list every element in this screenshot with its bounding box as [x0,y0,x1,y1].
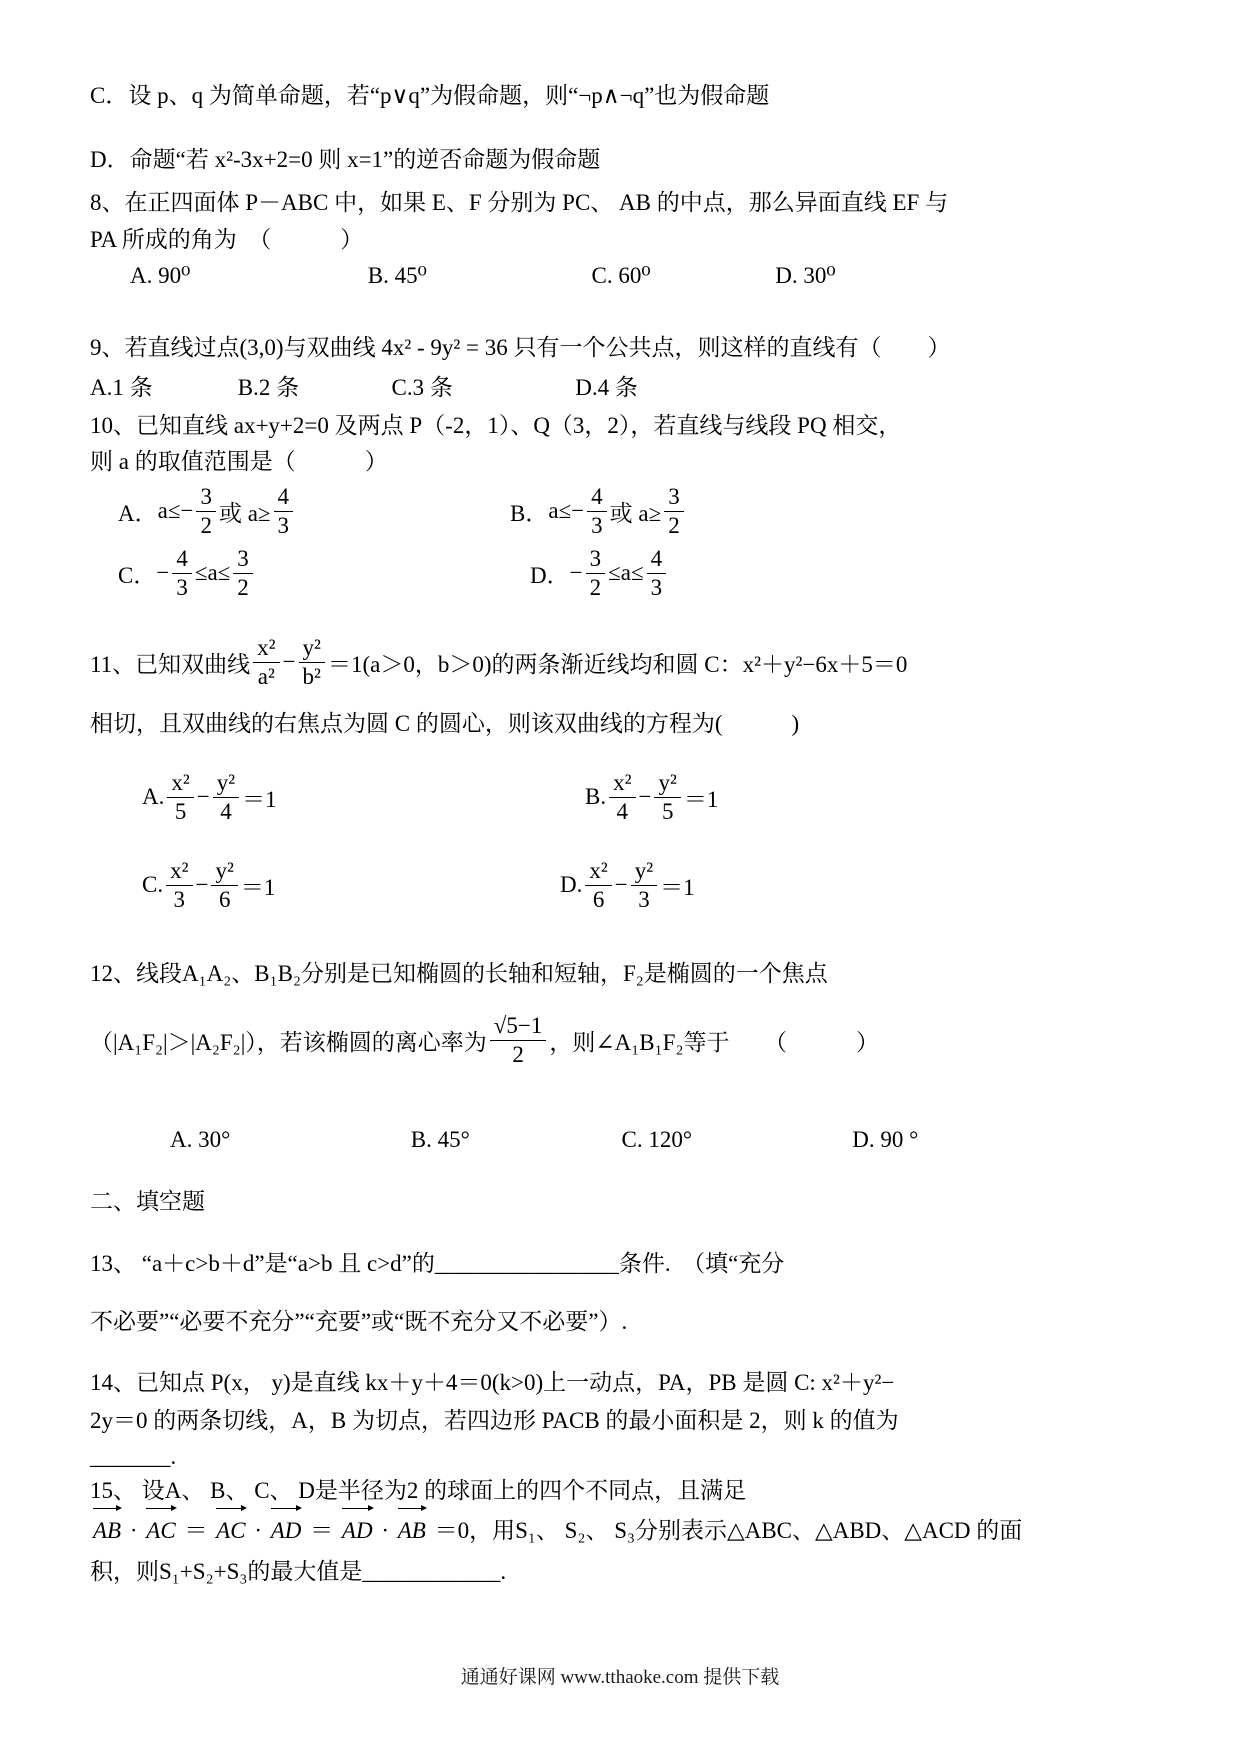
q10-option-c-mid: ≤a≤ [195,560,230,586]
q10-option-d-pre: − [570,560,583,586]
q12-line2: （|A₁F₂|＞|A₂F₂|），若该椭圆的离心率为 √5−12 ，则∠A₁B₁F… [90,998,1154,1082]
q10-line2: 则 a 的取值范围是（ ） [90,444,1154,480]
vector-ab: AB [93,1508,121,1551]
fraction: √5−12 [490,1013,547,1068]
numerator: y² [299,635,325,663]
q9-line1-text: 9、若直线过点(3,0)与双曲线 4x² - 9y² = 36 只有一个公共点，… [90,335,951,360]
q10-option-c-pre: − [156,560,169,586]
exam-content: C．设 p、q 为简单命题，若“p∨q”为假命题，则“¬p∧¬q”也为假命题 D… [0,0,1240,1593]
q10-line2-text: 则 a 的取值范围是（ ） [90,449,388,474]
numerator: 3 [233,546,253,574]
q11-option-b: B. x²4 − y²5 ＝1 [585,770,718,825]
q15-eq1: ＝ [184,1518,207,1543]
q10-option-b-mid: 或 a≥ [610,495,662,528]
q15-line3: 积，则S₁+S₂+S₃的最大值是____________. [90,1551,1154,1593]
fraction: y²6 [211,858,237,913]
q10-line1: 10、已知直线 ax+y+2=0 及两点 P（-2，1）、Q（3，2），若直线与… [90,408,1154,444]
q13-line1: 13、 “a＋c>b＋d”是“a>b 且 c>d”的______________… [90,1246,1154,1282]
fraction: y²4 [213,770,239,825]
denominator: 2 [233,574,253,601]
page-footer-text: 通通好课网 www.tthaoke.com 提供下载 [461,1667,780,1688]
q8-line2-text: PA 所成的角为 （ ） [90,227,363,252]
denominator: 3 [587,512,607,539]
q11-option-c-minus: − [196,872,209,898]
fraction: y²3 [631,858,657,913]
q8-line2: PA 所成的角为 （ ） [90,221,1154,258]
q13-line1-text: 13、 “a＋c>b＋d”是“a>b 且 c>d”的______________… [90,1251,784,1276]
q11-options-row1: A. x²5 − y²4 ＝1 B. x²4 − y²5 ＝1 [90,760,1154,834]
vector-ab: AB [398,1508,426,1551]
denominator: 2 [664,512,684,539]
numerator: 4 [647,546,667,574]
q8-option-b: B. 45⁰ [368,258,586,294]
q9-option-a: A.1 条 [90,368,232,408]
q8-line1: 8、在正四面体 P－ABC 中，如果 E、F 分别为 PC、 AB 的中点，那么… [90,184,1154,221]
vector-ac: AC [216,1508,245,1551]
numerator: y² [213,770,239,798]
q11-options-row2: C. x²3 − y²6 ＝1 D. x²6 − y²3 ＝1 [90,848,1154,922]
q11-line1: 11、已知双曲线 x²a² − y²b² ＝1(a＞0，b＞0)的两条渐近线均和… [90,620,1154,704]
q11-option-a-minus: − [197,784,210,810]
q11-option-c-label: C. [142,872,163,898]
q11-line2-text: 相切，且双曲线的右焦点为圆 C 的圆心，则该双曲线的方程为( ) [90,711,799,736]
q15-line2: AB · AC ＝ AC · AD ＝ AD · AB ＝0，用S₁、 S₂、 … [90,1508,1154,1551]
q10-options-row1: A． a≤− 32 或 a≥ 43 B． a≤− 43 或 a≥ 32 [90,480,1154,542]
numerator: 4 [274,484,294,512]
q14-line2: 2y＝0 的两条切线，A，B 为切点，若四边形 PACB 的最小面积是 2，则 … [90,1402,1154,1440]
denominator: 3 [274,512,294,539]
denominator: 2 [490,1041,547,1068]
fraction: 32 [586,546,606,601]
q11-after: ＝1(a＞0，b＞0)的两条渐近线均和圆 C：x²＋y²−6x＋5＝0 [328,646,907,679]
q15-dot1: · [130,1518,138,1543]
q14-answer-blank: _______. [90,1440,1154,1474]
numerator: x² [609,770,635,798]
q10-option-b-label: B． [510,495,548,528]
numerator: x² [253,635,279,663]
q8-option-a: A. 90⁰ [130,258,362,294]
denominator: 5 [654,798,680,825]
q9-line1: 9、若直线过点(3,0)与双曲线 4x² - 9y² = 36 只有一个公共点，… [90,328,1154,368]
q14-line1: 14、已知点 P(x， y)是直线 kx＋y＋4＝0(k>0)上一动点，PA，P… [90,1364,1154,1402]
q11-option-d-eq: ＝1 [660,869,695,902]
q10-option-a-pre: a≤− [158,498,194,524]
numerator: y² [211,858,237,886]
q15-eq2: ＝ [310,1518,333,1543]
q13-line2: 不必要”“必要不充分”“充要”或“既不充分又不必要”）. [90,1304,1154,1340]
q11-option-d-minus: − [615,872,628,898]
section2-title: 二、填空题 [90,1184,1154,1220]
denominator: 6 [585,886,611,913]
q10-options-row2: C． − 43 ≤a≤ 32 D． − 32 ≤a≤ 43 [90,542,1154,604]
numerator: 3 [196,484,216,512]
q12-option-a: A. 30° [170,1122,405,1158]
numerator: √5−1 [490,1013,547,1041]
numerator: 3 [586,546,606,574]
q11-option-d: D. x²6 − y²3 ＝1 [560,858,695,913]
fraction: y²5 [654,770,680,825]
q11-option-c-eq: ＝1 [241,869,276,902]
q10-line1-text: 10、已知直线 ax+y+2=0 及两点 P（-2，1）、Q（3，2），若直线与… [90,413,901,438]
fraction: x²5 [167,770,193,825]
q10-option-a-label: A． [118,495,158,528]
q14-blank-text: _______. [90,1444,176,1469]
numerator: x² [585,858,611,886]
q15-dot3: · [381,1518,389,1543]
fraction: 32 [233,546,253,601]
q14-line1-text: 14、已知点 P(x， y)是直线 kx＋y＋4＝0(k>0)上一动点，PA，P… [90,1370,894,1395]
denominator: 4 [609,798,635,825]
q10-option-b-pre: a≤− [548,498,584,524]
q10-option-d: D． − 32 ≤a≤ 43 [530,546,669,601]
numerator: y² [654,770,680,798]
q7-option-d-text: D．命题“若 x²-3x+2=0 则 x=1”的逆否命题为假命题 [90,147,600,172]
q13-line2-text: 不必要”“必要不充分”“充要”或“既不充分又不必要”）. [90,1309,627,1334]
q12-option-b: B. 45° [411,1122,616,1158]
denominator: 4 [213,798,239,825]
numerator: x² [166,858,192,886]
q11-minus: − [283,649,296,675]
q11-option-a: A. x²5 − y²4 ＝1 [142,770,585,825]
q10-option-c: C． − 43 ≤a≤ 32 [118,546,530,601]
q11-option-b-eq: ＝1 [684,781,719,814]
q11-option-a-label: A. [142,784,164,810]
q11-option-a-eq: ＝1 [242,781,277,814]
q15-dot2: · [254,1518,262,1543]
q9-options: A.1 条 B.2 条 C.3 条 D.4 条 [90,368,1154,408]
vector-ad: AD [342,1508,373,1551]
denominator: 2 [196,512,216,539]
q11-line2: 相切，且双曲线的右焦点为圆 C 的圆心，则该双曲线的方程为( ) [90,704,1154,744]
fraction: x²4 [609,770,635,825]
denominator: 2 [586,574,606,601]
q11-option-b-minus: − [639,784,652,810]
fraction: x²6 [585,858,611,913]
q8-line1-text: 8、在正四面体 P－ABC 中，如果 E、F 分别为 PC、 AB 的中点，那么… [90,190,948,215]
q9-option-b: B.2 条 [238,368,386,408]
exam-page: C．设 p、q 为简单命题，若“p∨q”为假命题，则“¬p∧¬q”也为假命题 D… [0,0,1240,1754]
q9-option-d: D.4 条 [575,368,638,408]
fraction: y²b² [299,635,325,690]
numerator: 3 [664,484,684,512]
q7-option-c-text: C．设 p、q 为简单命题，若“p∨q”为假命题，则“¬p∧¬q”也为假命题 [90,83,769,108]
q10-option-d-mid: ≤a≤ [608,560,643,586]
q10-option-d-label: D． [530,557,570,590]
fraction: x²3 [166,858,192,913]
q10-option-a: A． a≤− 32 或 a≥ 43 [118,484,510,539]
q15-line3-text: 积，则S₁+S₂+S₃的最大值是____________. [90,1559,506,1584]
numerator: 4 [587,484,607,512]
q12-line1-text: 12、线段A₁A₂、B₁B₂分别是已知椭圆的长轴和短轴，F₂是椭圆的一个焦点 [90,961,828,986]
section2-title-text: 二、填空题 [90,1189,205,1214]
fraction: 43 [647,546,667,601]
q15-tail: ＝0，用S₁、 S₂、 S₃分别表示△ABC、△ABD、△ACD 的面 [435,1518,1023,1543]
denominator: 3 [172,574,192,601]
numerator: 4 [172,546,192,574]
q14-line2-text: 2y＝0 的两条切线，A，B 为切点，若四边形 PACB 的最小面积是 2，则 … [90,1408,899,1433]
q8-option-d: D. 30⁰ [775,258,835,294]
q12-option-d: D. 90 ° [852,1122,918,1158]
fraction: x²a² [253,635,279,690]
q8-options: A. 90⁰ B. 45⁰ C. 60⁰ D. 30⁰ [90,258,1154,294]
q10-option-a-mid: 或 a≥ [219,495,271,528]
q12-line2-post: ，则∠A₁B₁F₂等于 （ ） [549,1024,879,1057]
denominator: 3 [166,886,192,913]
q11-option-d-label: D. [560,872,582,898]
denominator: 3 [647,574,667,601]
numerator: y² [631,858,657,886]
q15-line1: 15、 设A、 B、 C、 D是半径为2 的球面上的四个不同点，且满足 [90,1474,1154,1508]
fraction: 32 [196,484,216,539]
fraction: 43 [587,484,607,539]
q12-option-c: C. 120° [622,1122,847,1158]
q15-line1-text: 15、 设A、 B、 C、 D是半径为2 的球面上的四个不同点，且满足 [90,1478,746,1503]
fraction: 32 [664,484,684,539]
vector-ad: AD [271,1508,302,1551]
page-footer: 通通好课网 www.tthaoke.com 提供下载 [0,1662,1240,1689]
numerator: x² [167,770,193,798]
q7-option-d: D．命题“若 x²-3x+2=0 则 x=1”的逆否命题为假命题 [90,142,1154,178]
fraction: 43 [172,546,192,601]
denominator: 6 [211,886,237,913]
denominator: b² [299,663,325,690]
q11-lead: 11、已知双曲线 [90,646,250,679]
q11-option-c: C. x²3 − y²6 ＝1 [142,858,560,913]
q9-option-c: C.3 条 [392,368,570,408]
q12-line1: 12、线段A₁A₂、B₁B₂分别是已知椭圆的长轴和短轴，F₂是椭圆的一个焦点 [90,956,1154,992]
q11-option-b-label: B. [585,784,606,810]
q10-option-c-label: C． [118,557,156,590]
denominator: 3 [631,886,657,913]
q12-line2-pre: （|A₁F₂|＞|A₂F₂|），若该椭圆的离心率为 [90,1024,487,1057]
denominator: 5 [167,798,193,825]
denominator: a² [253,663,279,690]
q10-option-b: B． a≤− 43 或 a≥ 32 [510,484,687,539]
q7-option-c: C．设 p、q 为简单命题，若“p∨q”为假命题，则“¬p∧¬q”也为假命题 [90,78,1154,114]
vector-ac: AC [146,1508,175,1551]
q12-options: A. 30° B. 45° C. 120° D. 90 ° [90,1122,1154,1158]
fraction: 43 [274,484,294,539]
q8-option-c: C. 60⁰ [592,258,770,294]
